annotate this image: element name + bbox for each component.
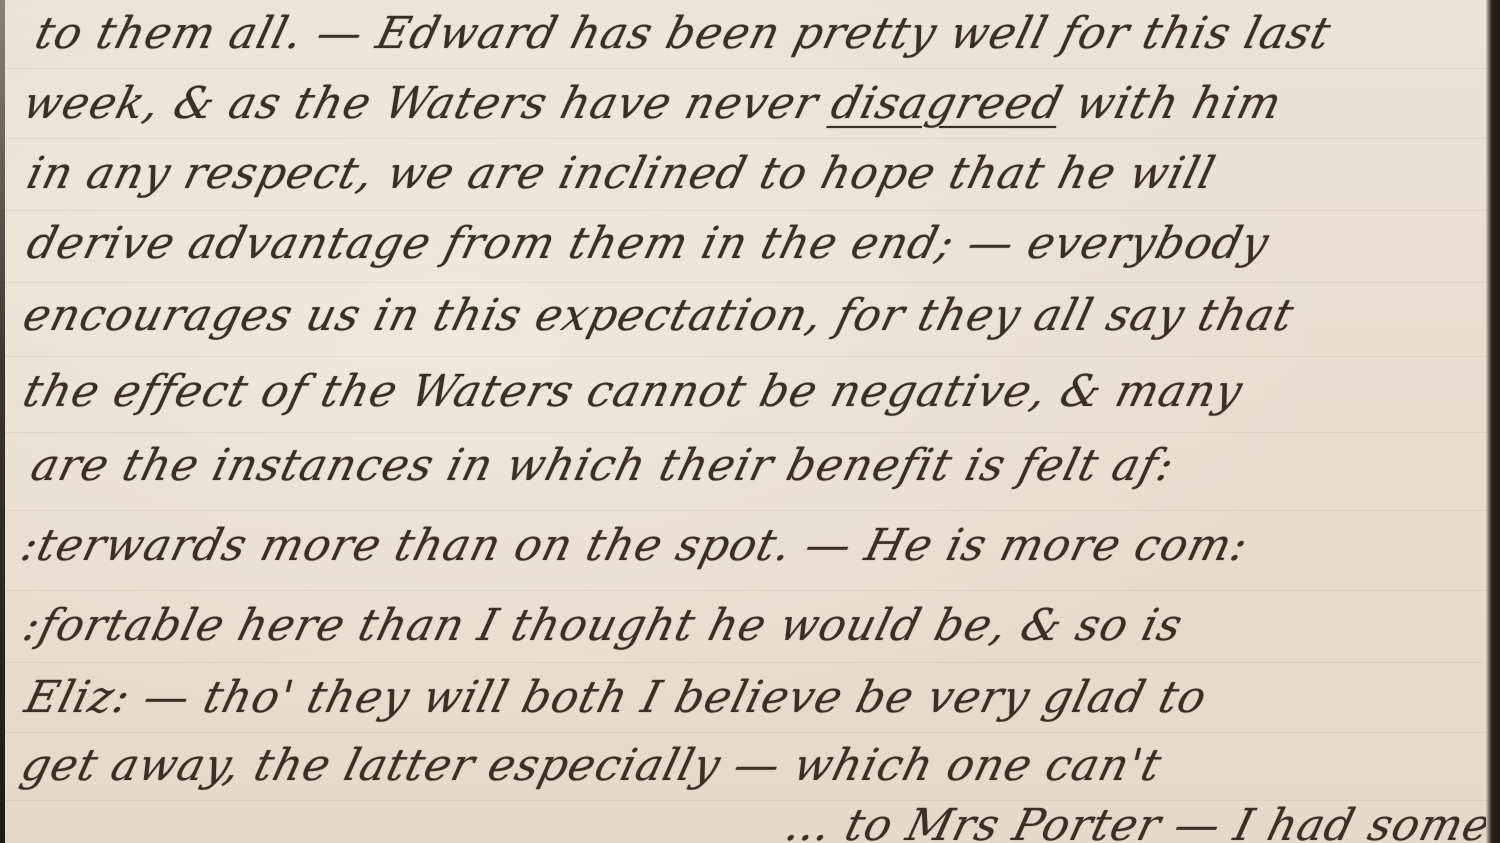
manuscript-line-2: week, & as the Waters have never disagre…	[18, 78, 1287, 129]
manuscript-line-3: in any respect, we are inclined to hope …	[22, 148, 1221, 199]
page-left-edge-shadow	[0, 0, 5, 843]
manuscript-page: to them all. — Edward has been pretty we…	[0, 0, 1500, 843]
paper-ruling	[0, 356, 1486, 357]
paper-ruling	[0, 590, 1486, 591]
manuscript-line-8: :terwards more than on the spot. — He is…	[16, 520, 1254, 571]
manuscript-line-1: to them all. — Edward has been pretty we…	[30, 8, 1336, 59]
paper-ruling	[0, 282, 1486, 283]
manuscript-line-7: are the instances in which their benefit…	[26, 440, 1180, 491]
manuscript-line-5: encourages us in this expectation, for t…	[18, 290, 1299, 341]
page-right-edge-shadow	[1486, 0, 1500, 843]
manuscript-line-12-partial: … to Mrs Porter — I had some	[780, 800, 1497, 843]
underlined-word: disagreed	[826, 78, 1068, 129]
manuscript-line-6: the effect of the Waters cannot be negat…	[18, 366, 1248, 417]
manuscript-line-11: get away, the latter especially — which …	[16, 740, 1167, 791]
line-2-text: week, & as the Waters have never disagre…	[18, 78, 1287, 129]
manuscript-line-10: Eliz: — tho' they will both I believe be…	[20, 672, 1212, 723]
paper-ruling	[0, 68, 1486, 69]
paper-ruling	[0, 432, 1486, 433]
paper-ruling	[0, 510, 1486, 511]
manuscript-line-4: derive advantage from them in the end; —…	[22, 218, 1274, 269]
paper-ruling	[0, 138, 1486, 139]
manuscript-line-9: :fortable here than I thought he would b…	[18, 600, 1188, 651]
paper-ruling	[0, 662, 1486, 663]
paper-ruling	[0, 732, 1486, 733]
paper-ruling	[0, 210, 1486, 211]
